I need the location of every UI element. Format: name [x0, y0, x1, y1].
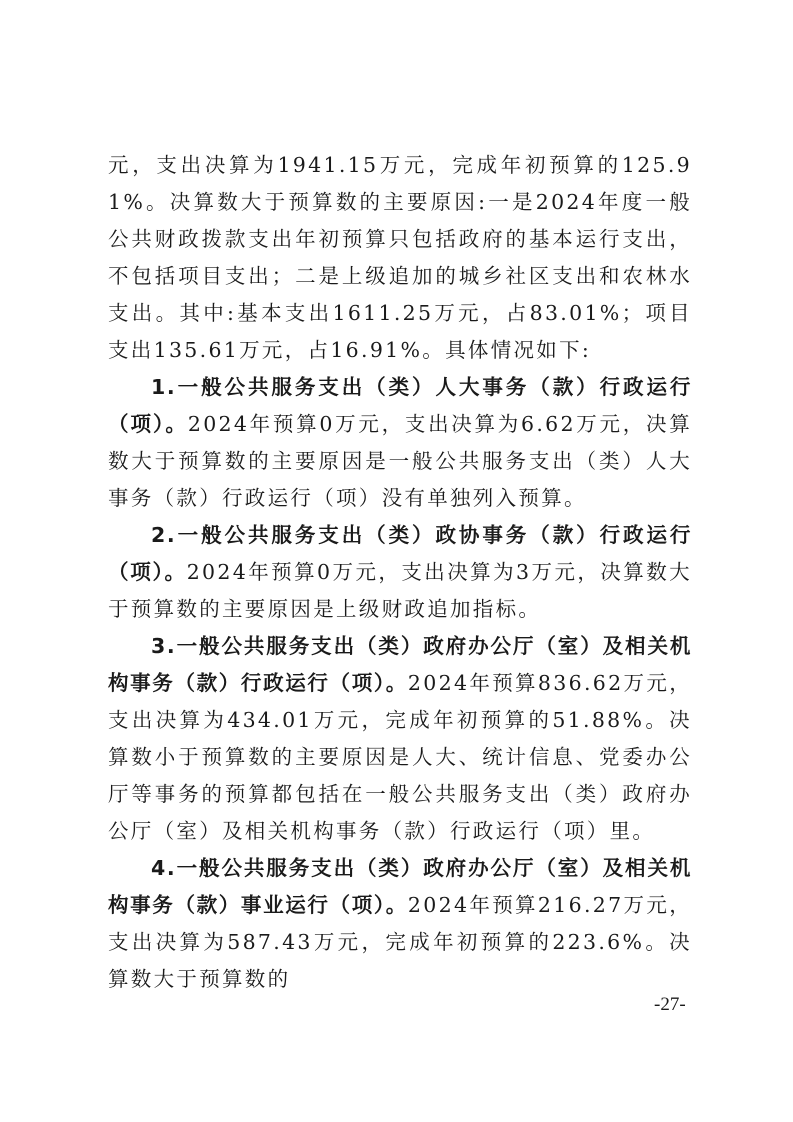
page-number: -27-: [654, 994, 686, 1016]
document-body: 元，支出决算为1941.15万元，完成年初预算的125.91%。决算数大于预算数…: [108, 147, 692, 998]
section-1-body: 2024年预算0万元，支出决算为6.62万元，决算数大于预算数的主要原因是一般公…: [108, 412, 692, 510]
section-2-paragraph: 2.一般公共服务支出（类）政协事务（款）行政运行（项）。2024年预算0万元，支…: [108, 517, 692, 628]
section-3-body: 2024年预算836.62万元，支出决算为434.01万元，完成年初预算的51.…: [108, 671, 692, 843]
section-3-paragraph: 3.一般公共服务支出（类）政府办公厅（室）及相关机构事务（款）行政运行（项）。2…: [108, 628, 692, 850]
intro-paragraph: 元，支出决算为1941.15万元，完成年初预算的125.91%。决算数大于预算数…: [108, 147, 692, 369]
section-4-paragraph: 4.一般公共服务支出（类）政府办公厅（室）及相关机构事务（款）事业运行（项）。2…: [108, 850, 692, 998]
section-1-paragraph: 1.一般公共服务支出（类）人大事务（款）行政运行（项）。2024年预算0万元，支…: [108, 369, 692, 517]
section-2-body: 2024年预算0万元，支出决算为3万元，决算数大于预算数的主要原因是上级财政追加…: [108, 560, 692, 621]
